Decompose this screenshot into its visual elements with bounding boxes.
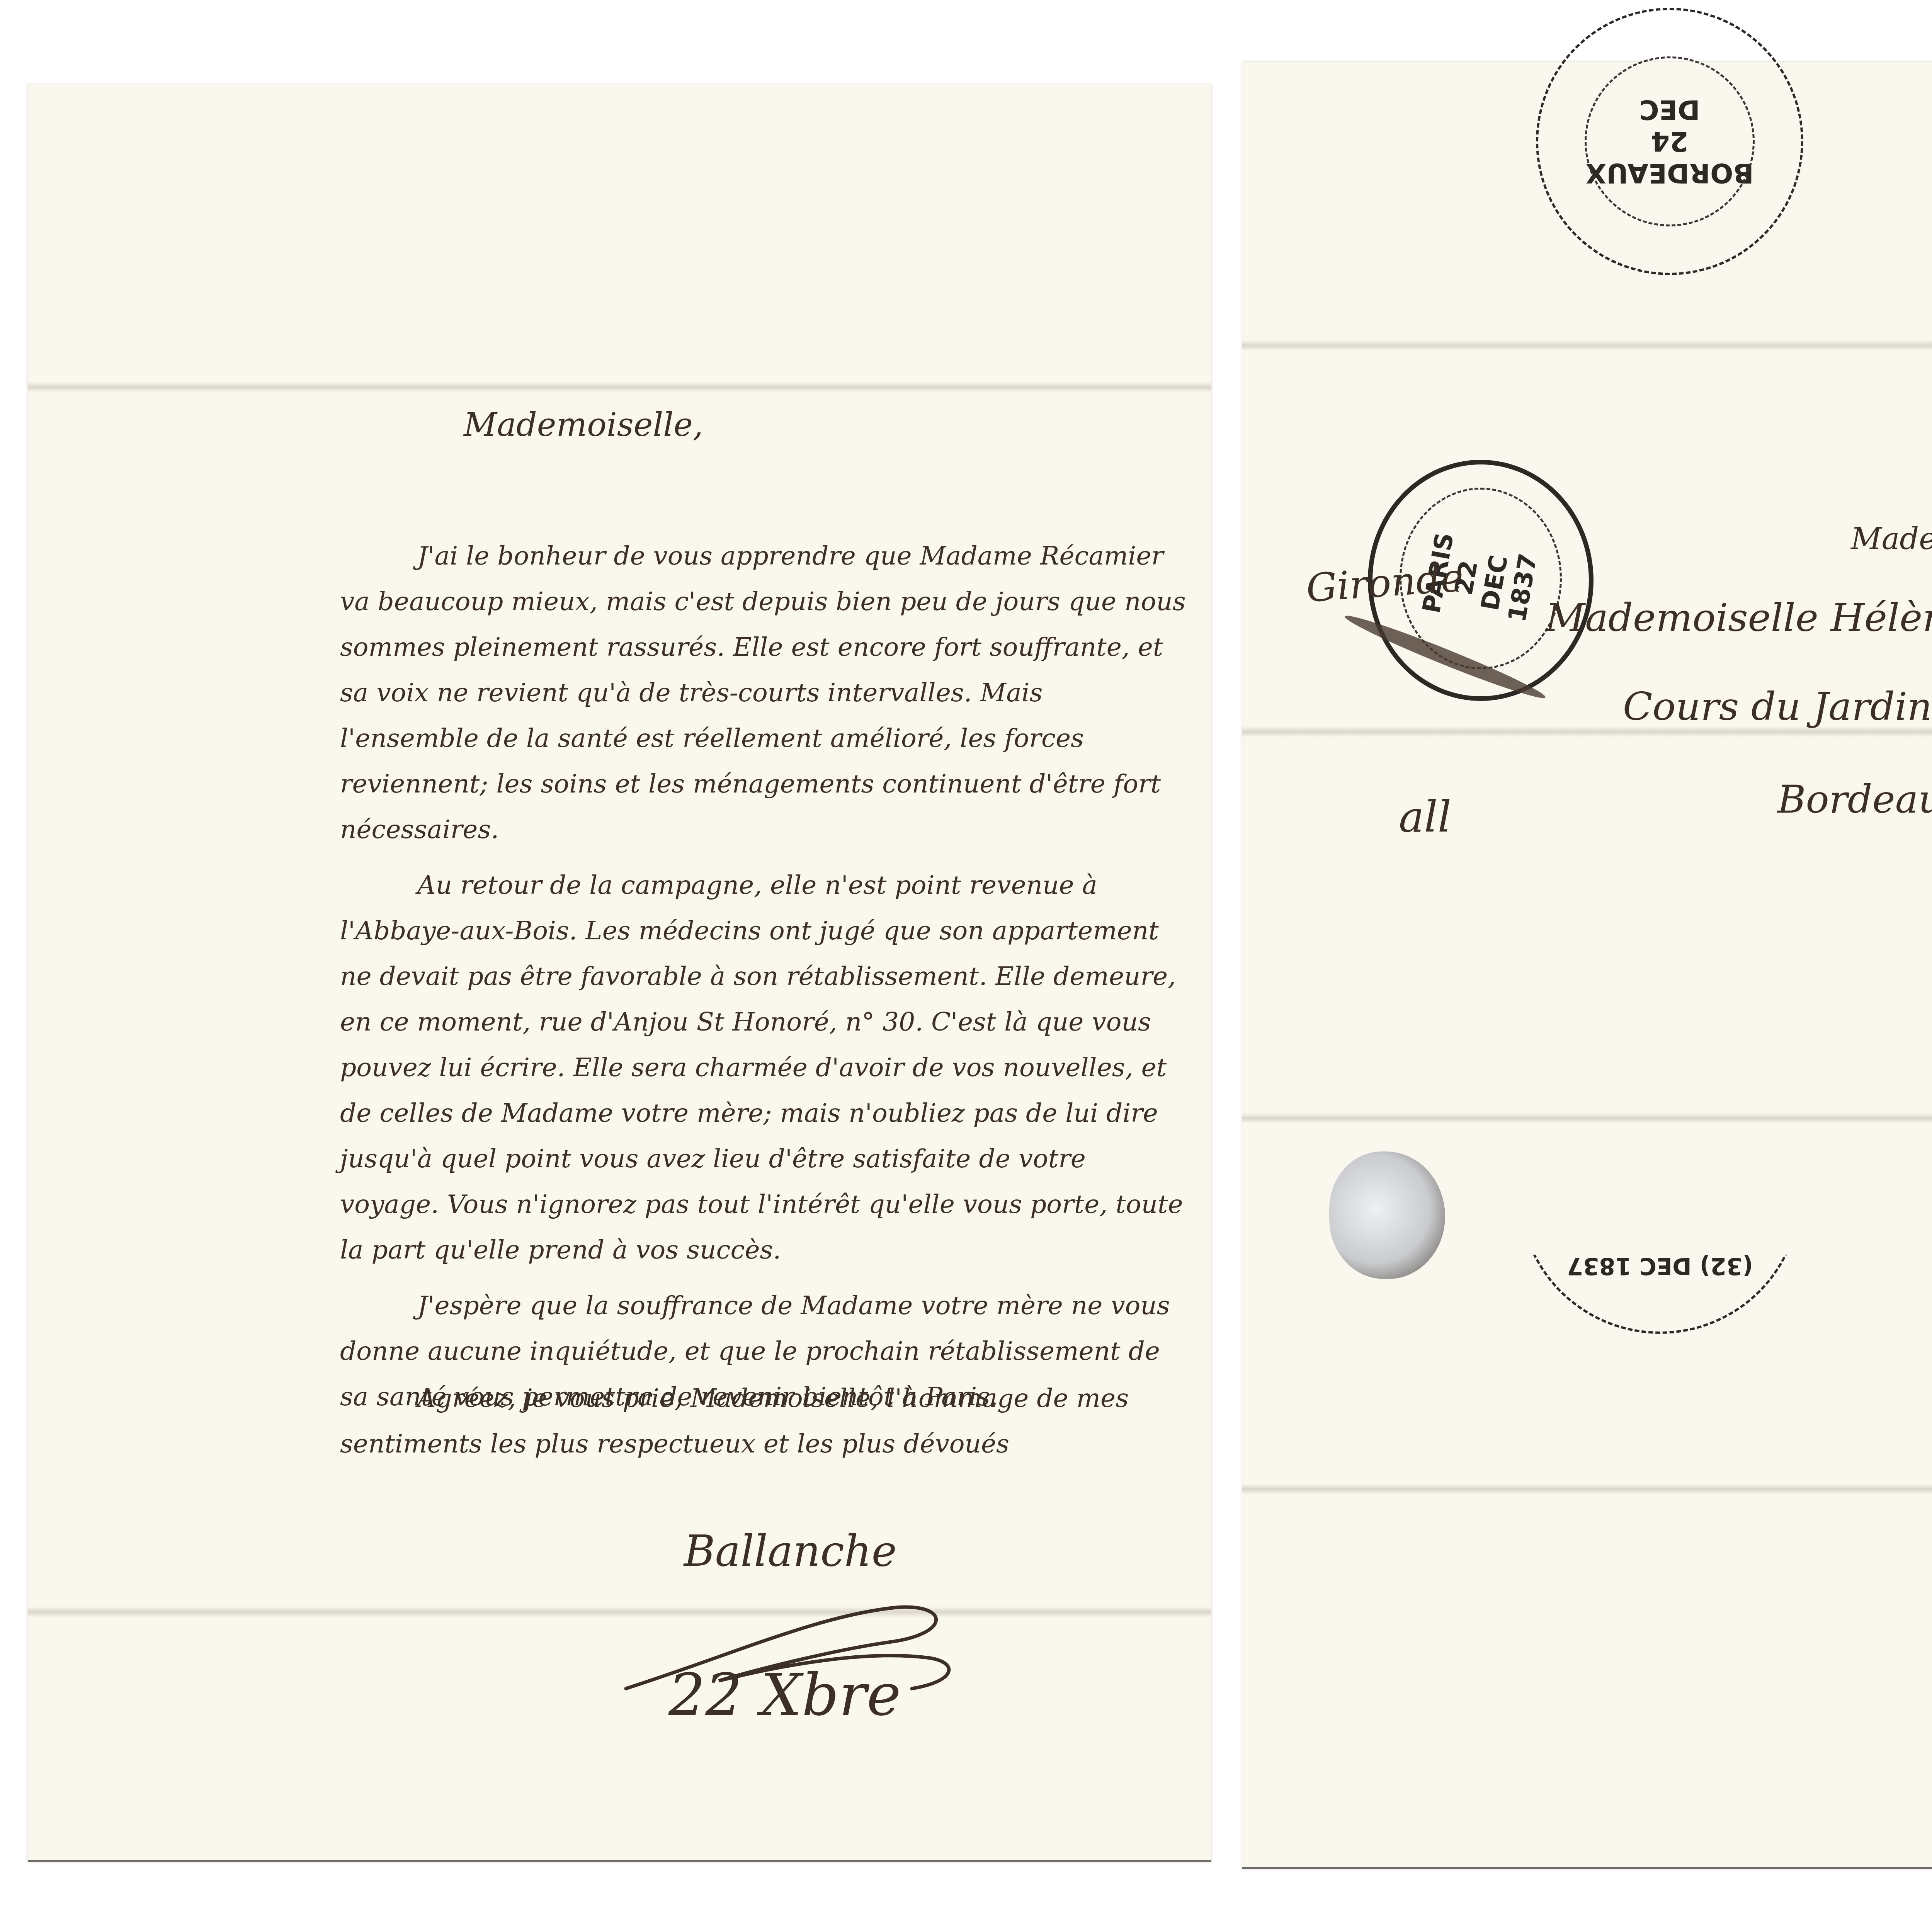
postmark-month: DEC	[1639, 1252, 1692, 1279]
postmark-day: (32)	[1700, 1252, 1753, 1279]
fold-line	[1242, 1113, 1932, 1124]
fold-line	[1242, 340, 1932, 351]
closing: Agréez, je vous prie, Mademoiselle, l'ho…	[340, 1376, 1186, 1467]
letter-body: J'ai le bonheur de vous apprendre que Ma…	[340, 533, 1186, 1430]
paragraph: J'ai le bonheur de vous apprendre que Ma…	[340, 533, 1186, 852]
postmark-bordeaux: BORDEAUX 24 DEC	[1536, 8, 1803, 275]
address-line-street: Cours du Jardin Royal, n° 27.	[1623, 684, 1932, 729]
letter-date: 22 Xbre	[668, 1662, 901, 1729]
paragraph: Au retour de la campagne, elle n'est poi…	[340, 862, 1186, 1273]
wax-seal-remnant	[1329, 1151, 1445, 1279]
address-page	[1242, 62, 1932, 1869]
fold-line	[28, 382, 1211, 393]
postmark-inner-ring	[1585, 56, 1755, 226]
salutation: Mademoiselle,	[464, 406, 703, 444]
fold-line	[1242, 1484, 1932, 1495]
postmark-year: 1837	[1567, 1252, 1631, 1279]
address-line-title: Mademoiselle	[1851, 522, 1932, 556]
postal-mark: all	[1399, 792, 1451, 842]
address-line-city: Bordeaux.	[1777, 777, 1932, 822]
address-line-name: Mademoiselle Hélène L. Mazel.	[1546, 595, 1932, 640]
signature: Ballanche	[684, 1526, 897, 1576]
